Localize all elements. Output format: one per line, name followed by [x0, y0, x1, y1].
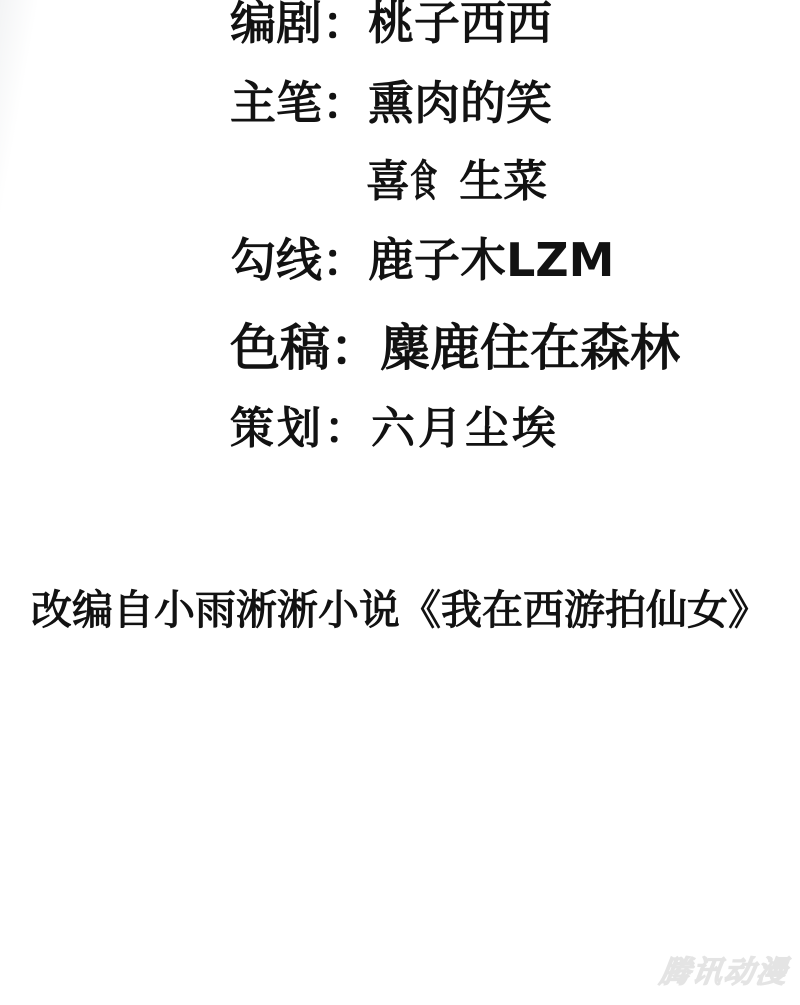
tencent-comics-watermark: 腾讯动漫	[658, 958, 790, 988]
credit-line-screenwriter: 编剧：桃子西西	[230, 0, 552, 46]
comic-credits-page: 编剧：桃子西西 主笔：熏肉的笑 喜食生菜 勾线：鹿子木LZM 色稿：麋鹿住在森林…	[0, 0, 800, 1005]
credit-line-lead-artist-second: 喜食生菜	[366, 160, 547, 204]
adaptation-note: 改编自小雨淅淅小说《我在西游拍仙女》	[0, 590, 800, 631]
credit-name-suffix: 生菜	[459, 156, 547, 207]
credit-line-coloring: 色稿：麋鹿住在森林	[230, 323, 680, 373]
credit-line-line-art: 勾线：鹿子木LZM	[230, 237, 614, 283]
credit-name-narrow-char: 食	[410, 160, 437, 204]
credit-name-prefix: 喜	[366, 156, 410, 207]
credit-line-lead-artist: 主笔：熏肉的笑	[230, 80, 552, 126]
credit-line-planning: 策划：六月尘埃	[230, 407, 559, 451]
